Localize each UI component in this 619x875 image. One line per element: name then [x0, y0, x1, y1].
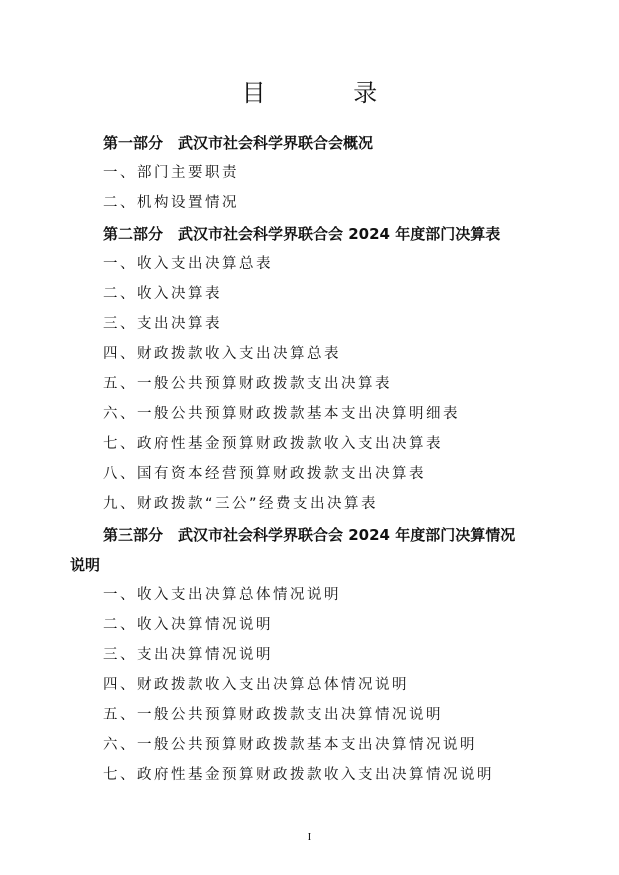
toc-part1-heading[interactable]: 第一部分 武汉市社会科学界联合会概况: [103, 134, 373, 152]
toc-part3-heading[interactable]: 第三部分 武汉市社会科学界联合会 2024 年度部门决算情况: [103, 526, 515, 544]
toc-title: 目 录: [0, 73, 619, 108]
toc-item[interactable]: 二、收入决算表: [103, 285, 222, 303]
toc-item[interactable]: 九、财政拨款“三公”经费支出决算表: [103, 495, 378, 513]
toc-part2-heading[interactable]: 第二部分 武汉市社会科学界联合会 2024 年度部门决算表: [103, 225, 500, 243]
toc-part3-heading-cont[interactable]: 说明: [70, 556, 100, 574]
toc-item[interactable]: 三、支出决算表: [103, 315, 222, 333]
toc-item[interactable]: 一、收入支出决算总体情况说明: [103, 586, 341, 604]
toc-item[interactable]: 一、收入支出决算总表: [103, 255, 273, 273]
toc-item[interactable]: 七、政府性基金预算财政拨款收入支出决算表: [103, 435, 443, 453]
toc-item[interactable]: 五、一般公共预算财政拨款支出决算情况说明: [103, 706, 443, 724]
toc-item[interactable]: 二、收入决算情况说明: [103, 616, 273, 634]
toc-item[interactable]: 五、一般公共预算财政拨款支出决算表: [103, 375, 392, 393]
toc-item[interactable]: 四、财政拨款收入支出决算总表: [103, 345, 341, 363]
toc-item[interactable]: 六、一般公共预算财政拨款基本支出决算明细表: [103, 405, 460, 423]
toc-item[interactable]: 八、国有资本经营预算财政拨款支出决算表: [103, 465, 426, 483]
toc-item[interactable]: 四、财政拨款收入支出决算总体情况说明: [103, 676, 409, 694]
toc-item[interactable]: 六、一般公共预算财政拨款基本支出决算情况说明: [103, 736, 477, 754]
toc-item[interactable]: 一、部门主要职责: [103, 164, 239, 182]
toc-item[interactable]: 三、支出决算情况说明: [103, 646, 273, 664]
toc-item[interactable]: 七、政府性基金预算财政拨款收入支出决算情况说明: [103, 766, 494, 784]
page-number: I: [0, 831, 619, 843]
toc-item[interactable]: 二、机构设置情况: [103, 194, 239, 212]
